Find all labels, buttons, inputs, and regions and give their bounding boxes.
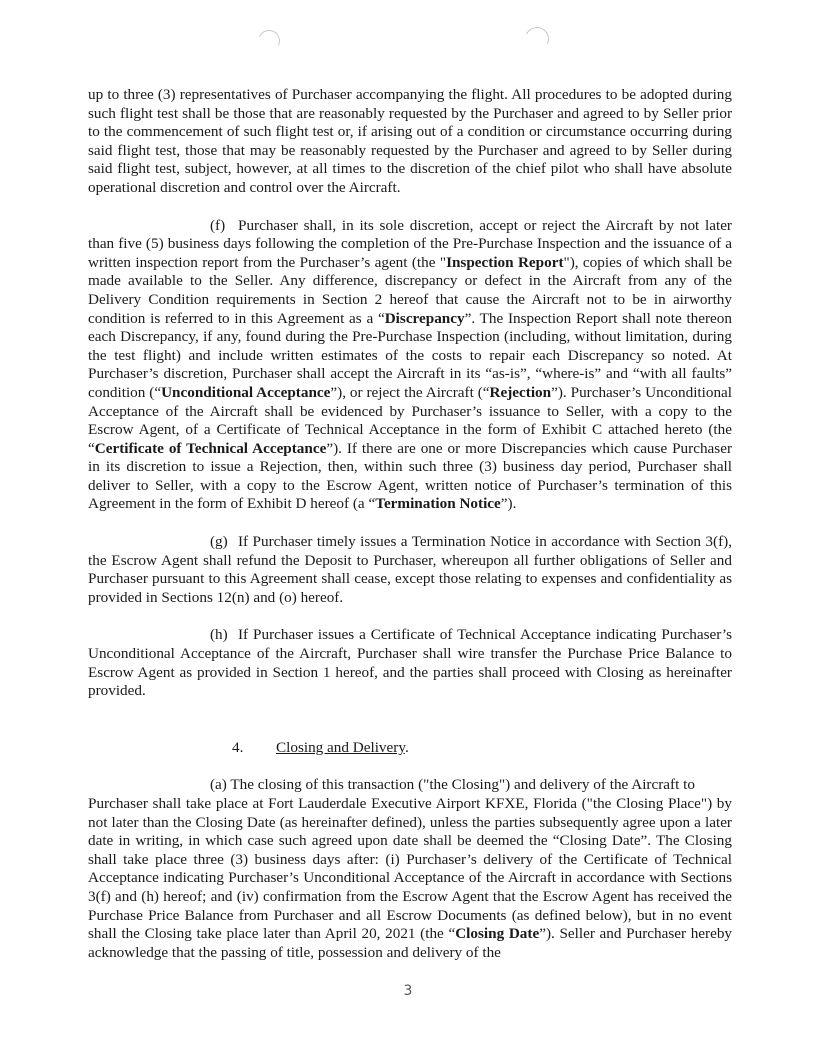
section-heading-4: 4.Closing and Delivery.: [88, 739, 732, 758]
paragraph-4a: (a) The closing of this transaction ("th…: [88, 776, 732, 962]
paragraph-text: ”), or reject the Aircraft (“: [330, 384, 489, 401]
paragraph-text: ”).: [501, 495, 517, 512]
paragraph-3f: (f)Purchaser shall, in its sole discreti…: [88, 217, 732, 515]
defined-term-termination-notice: Termination Notice: [375, 495, 501, 512]
defined-term-certificate: Certificate of Technical Acceptance: [95, 440, 327, 457]
paragraph-intro: up to three (3) representatives of Purch…: [88, 86, 732, 198]
document-page: up to three (3) representatives of Purch…: [88, 86, 732, 962]
clause-label-f: (f): [210, 217, 238, 236]
paragraph-text: Purchaser shall take place at Fort Laude…: [88, 795, 732, 942]
paragraph-3g: (g)If Purchaser timely issues a Terminat…: [88, 533, 732, 607]
defined-term-inspection-report: Inspection Report: [446, 254, 563, 271]
defined-term-discrepancy: Discrepancy: [385, 310, 465, 327]
section-number: 4.: [232, 739, 276, 758]
defined-term-unconditional-acceptance: Unconditional Acceptance: [161, 384, 330, 401]
paragraph-text: If Purchaser issues a Certificate of Tec…: [88, 626, 732, 699]
punch-hole-mark-left: [255, 27, 283, 55]
section-title: Closing and Delivery: [276, 739, 405, 756]
defined-term-rejection: Rejection: [490, 384, 552, 401]
clause-lead-a: (a) The closing of this transaction ("th…: [210, 776, 695, 795]
paragraph-text: If Purchaser timely issues a Termination…: [88, 533, 732, 606]
punch-hole-mark-right: [522, 24, 553, 55]
page-number: 3: [0, 983, 816, 999]
clause-label-g: (g): [210, 533, 238, 552]
paragraph-3h: (h)If Purchaser issues a Certificate of …: [88, 626, 732, 700]
section-title-suffix: .: [405, 739, 409, 756]
defined-term-closing-date: Closing Date: [455, 925, 539, 942]
clause-label-h: (h): [210, 626, 238, 645]
